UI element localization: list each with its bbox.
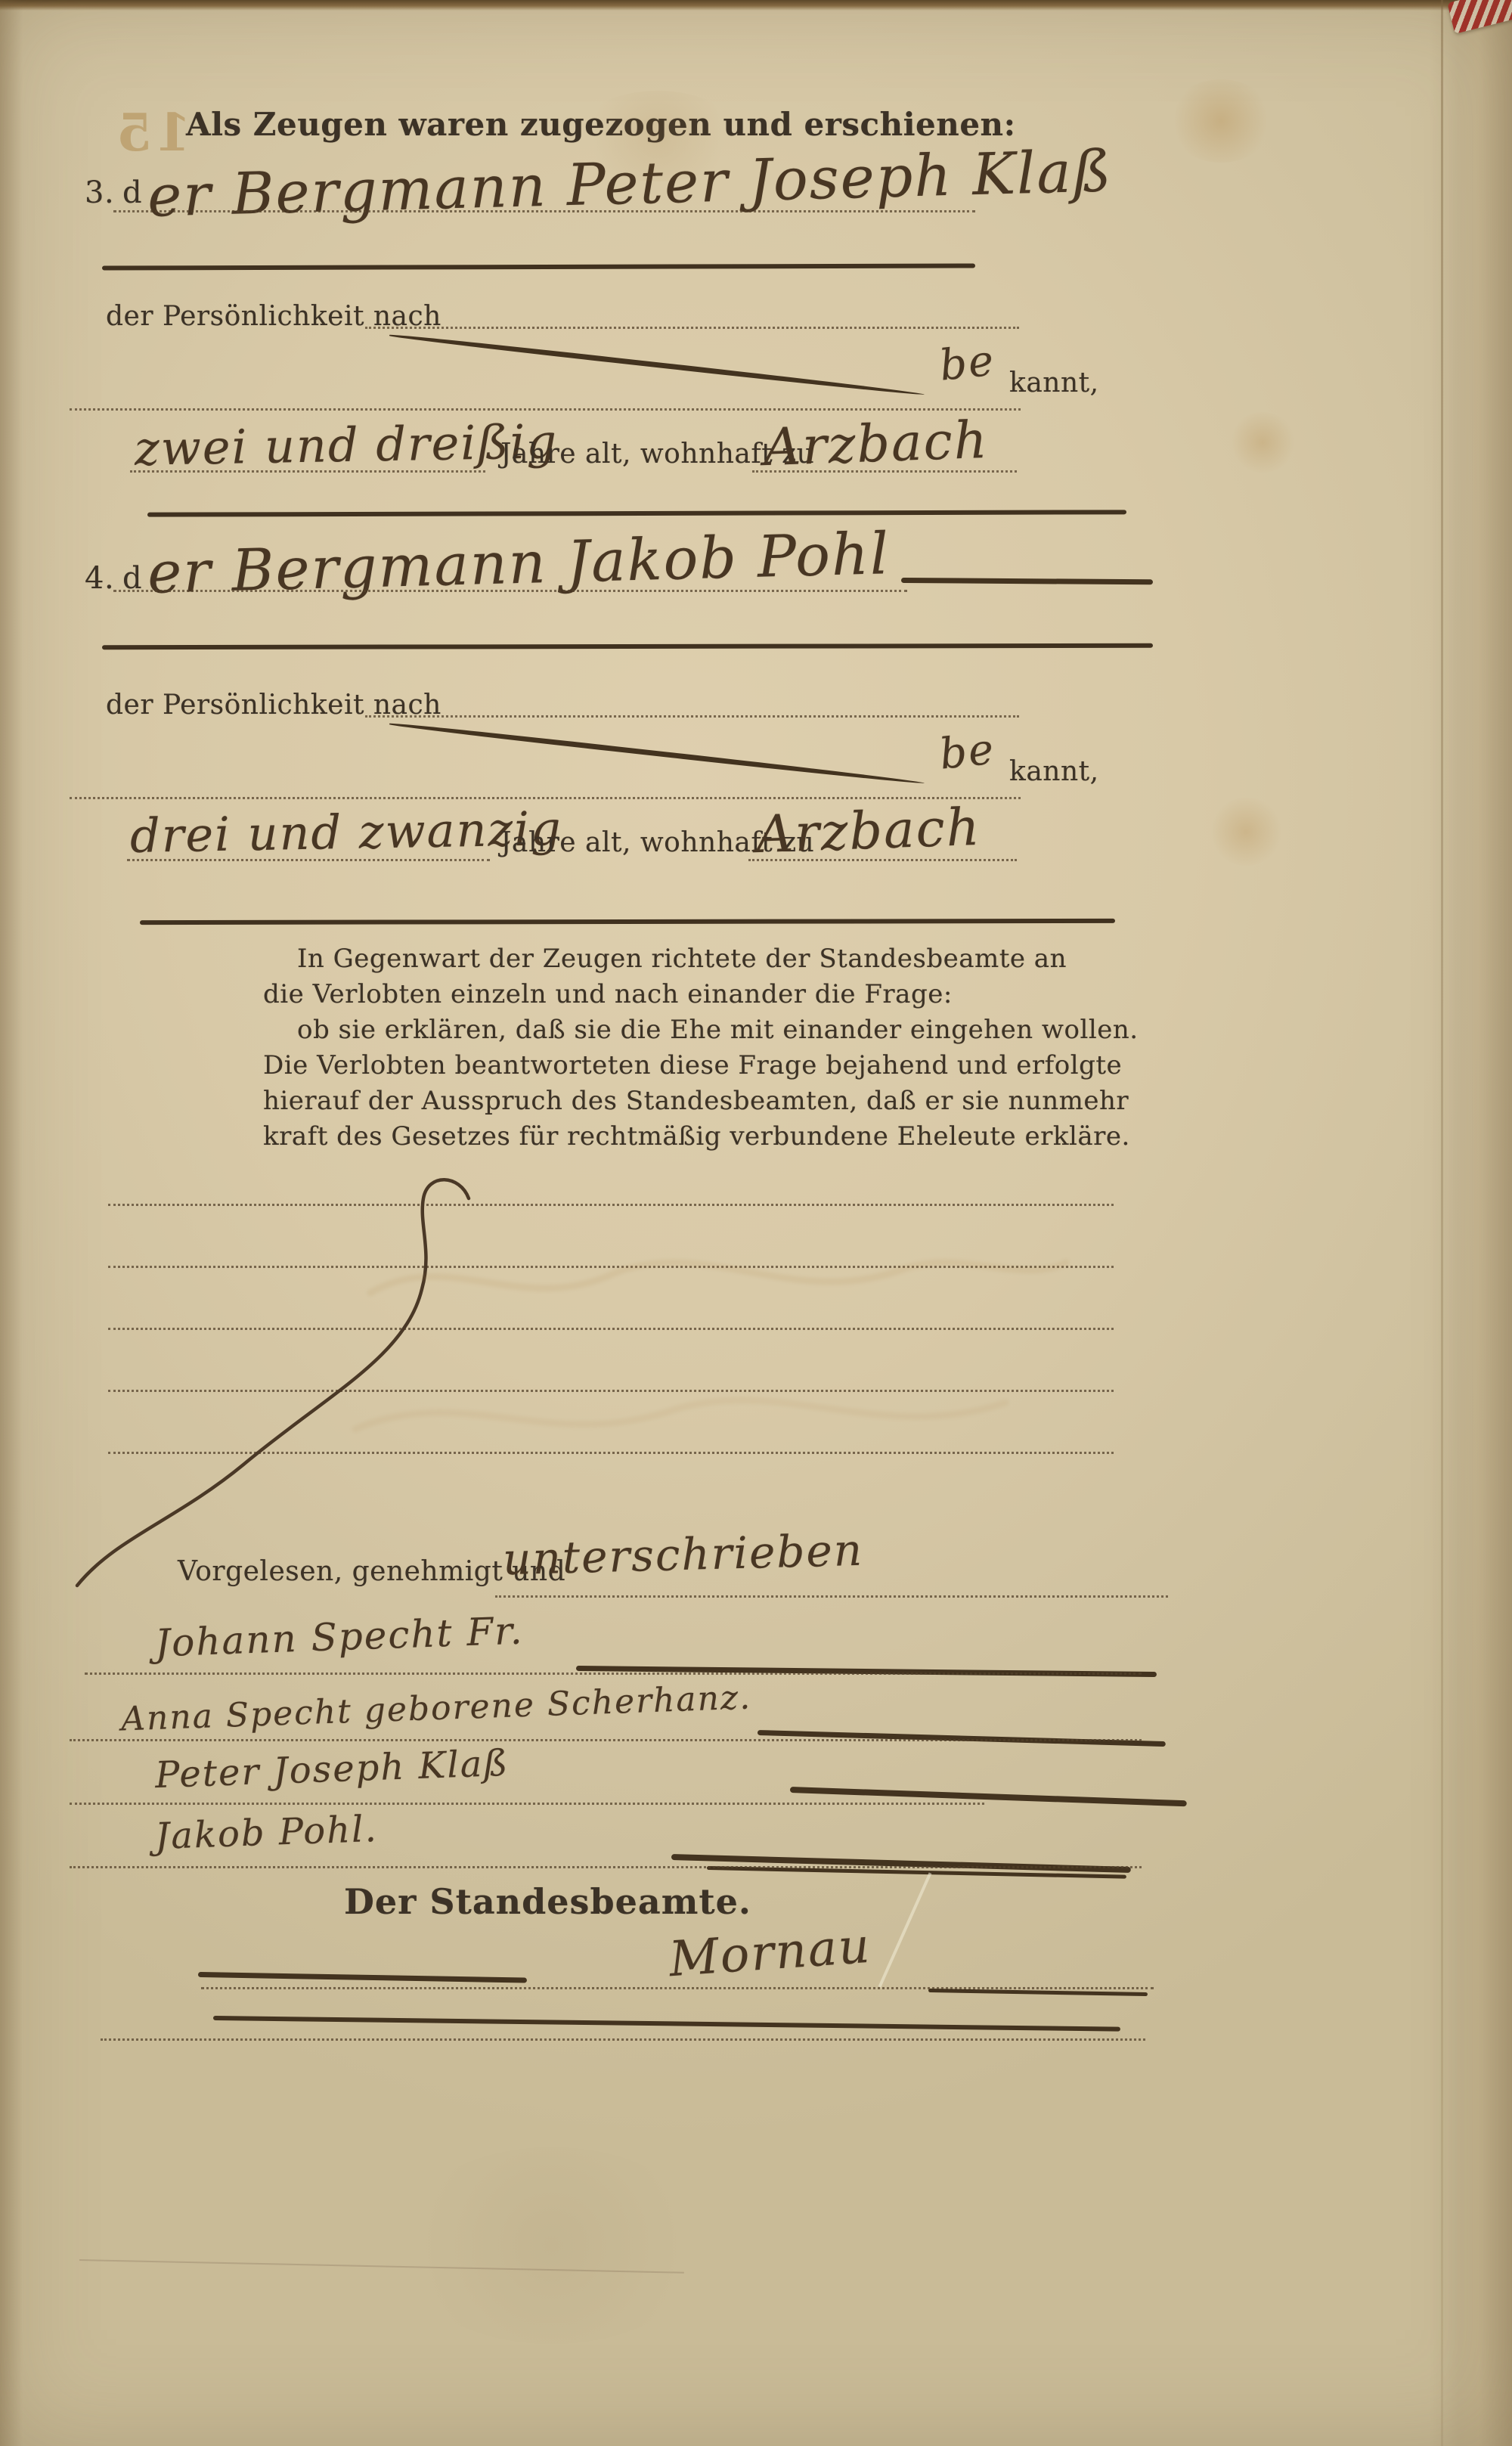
faint-crease-line: [79, 2259, 684, 2274]
form-line: [201, 1987, 1154, 1989]
stain: [1208, 798, 1284, 866]
page-right-edge: [1429, 0, 1512, 2446]
signature-bride: Anna Specht geborene Scherhanz.: [120, 1678, 752, 1738]
form-line: [70, 1803, 984, 1805]
form-line: [752, 470, 1017, 473]
stain: [1228, 412, 1297, 473]
paper-crease: [878, 1872, 932, 1987]
registry-document-page: 15 Als Zeugen waren zugezogen und erschi…: [0, 0, 1512, 2446]
form-line: [70, 1739, 1142, 1741]
declaration-line: kraft des Gesetzes für rechtmäßig verbun…: [263, 1121, 1130, 1152]
witness4-residence-entry: Arzbach: [755, 798, 982, 865]
registrar-signature: Mornau: [668, 1918, 873, 1988]
form-line: [113, 210, 975, 212]
witness4-name-entry: er Bergmann Jakob Pohl: [147, 519, 891, 606]
form-line: [748, 859, 1017, 861]
closing-script: unterschrieben: [502, 1524, 864, 1585]
form-line: [113, 590, 907, 592]
form-line: [85, 1673, 1142, 1675]
witness4-age-entry: drei und zwanzig: [129, 801, 562, 863]
form-line: [127, 859, 490, 861]
witness4-identity-suffix: kannt,: [1009, 756, 1099, 787]
declaration-line: hierauf der Ausspruch des Standesbeamten…: [263, 1086, 1129, 1116]
witness4-identity-entry: be: [937, 724, 997, 779]
ink-filler-stroke: [576, 1666, 1157, 1677]
declaration-line: In Gegenwart der Zeugen richtete der Sta…: [297, 944, 1067, 974]
witness3-age-entry: zwei und dreißig: [134, 414, 558, 476]
declaration-line: Die Verlobten beantworteten diese Frage …: [263, 1050, 1122, 1080]
stain: [1168, 79, 1274, 163]
bleedthrough-handwriting-ghost: [325, 1202, 1081, 1520]
signature-witness3: Peter Joseph Klaß: [154, 1742, 510, 1797]
witness3-name-entry: er Bergmann Peter Joseph Klaß: [147, 137, 1113, 229]
ink-filler-stroke: [928, 1989, 1148, 1996]
form-line: [365, 327, 1019, 329]
witness3-residence-entry: Arzbach: [763, 411, 990, 478]
form-line: [70, 1866, 1142, 1868]
form-rule: [102, 643, 1153, 649]
form-rule: [102, 263, 975, 270]
witness-heading: Als Zeugen waren zugezogen und erschiene…: [186, 106, 1016, 143]
page-top-edge: [0, 0, 1512, 11]
signature-witness4: Jakob Pohl.: [154, 1808, 378, 1858]
form-line: [101, 2038, 1145, 2041]
witness3-identity-suffix: kannt,: [1009, 367, 1099, 398]
form-line: [70, 797, 1021, 799]
form-line: [495, 1595, 1168, 1598]
witness3-identity-entry: be: [937, 336, 997, 390]
ink-filler-stroke: [198, 1972, 527, 1983]
form-rule: [140, 919, 1115, 925]
page-left-edge: [0, 0, 23, 2446]
registrar-heading: Der Standesbeamte.: [344, 1881, 751, 1922]
pen-cancellation-stroke: [389, 721, 925, 786]
signature-groom: Johann Specht Fr.: [154, 1609, 524, 1666]
bleedthrough-page-number: 15: [113, 103, 191, 163]
ink-filler-stroke: [901, 578, 1153, 584]
stain: [393, 2147, 711, 2344]
witness3-printed-article: d: [122, 175, 142, 210]
pen-cancellation-stroke: [389, 333, 925, 397]
declaration-line: ob sie erklären, daß sie die Ehe mit ein…: [297, 1015, 1139, 1045]
form-line: [365, 715, 1019, 718]
form-line: [130, 470, 485, 473]
ink-filler-stroke: [213, 2016, 1120, 2032]
witness4-number: 4.: [85, 561, 114, 596]
witness3-number: 3.: [85, 175, 114, 210]
form-rule: [147, 510, 1126, 516]
form-line: [70, 408, 1021, 411]
declaration-line: die Verlobten einzeln und nach einander …: [263, 979, 953, 1009]
